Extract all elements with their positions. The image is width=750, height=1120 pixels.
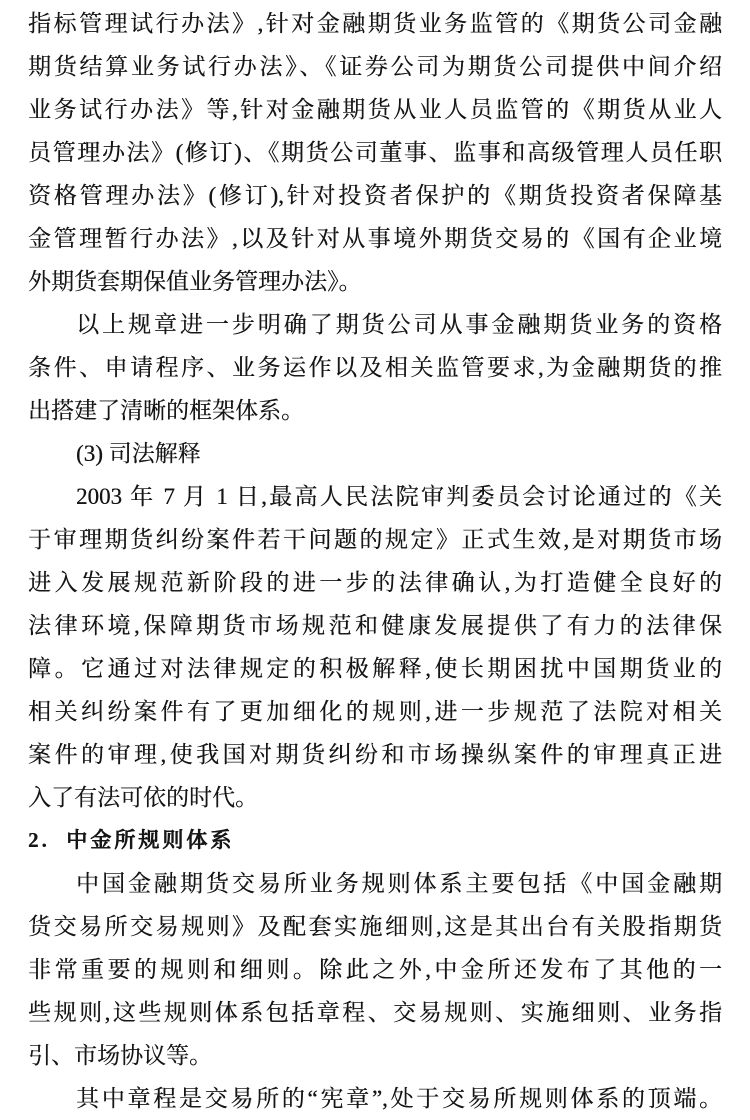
text-line: 非常重要的规则和细则。除此之外,中金所还发布了其他的一 (28, 948, 722, 991)
page: 指标管理试行办法》,针对金融期货业务监管的《期货公司金融期货结算业务试行办法》、… (0, 0, 750, 1120)
section-heading: 2. 中金所规则体系 (28, 819, 722, 862)
text-line: 于审理期货纠纷案件若干问题的规定》正式生效,是对期货市场 (28, 518, 722, 561)
text-line: 出搭建了清晰的框架体系。 (28, 389, 722, 432)
text-line: 中国金融期货交易所业务规则体系主要包括《中国金融期 (28, 862, 722, 905)
text-line: 以上规章进一步明确了期货公司从事金融期货业务的资格 (28, 303, 722, 346)
text-line: 案件的审理,使我国对期货纠纷和市场操纵案件的审理真正进 (28, 733, 722, 776)
text-line: 些规则,这些规则体系包括章程、交易规则、实施细则、业务指 (28, 991, 722, 1034)
text-line: 货交易所交易规则》及配套实施细则,这是其出台有关股指期货 (28, 905, 722, 948)
text-line: 业务试行办法》等,针对金融期货从业人员监管的《期货从业人 (28, 88, 722, 131)
text-line: 2003 年 7 月 1 日,最高人民法院审判委员会讨论通过的《关 (28, 475, 722, 518)
text-block: 指标管理试行办法》,针对金融期货业务监管的《期货公司金融期货结算业务试行办法》、… (28, 2, 722, 1120)
text-line: 员管理办法》(修订)、《期货公司董事、监事和高级管理人员任职 (28, 131, 722, 174)
text-line: 进入发展规范新阶段的进一步的法律确认,为打造健全良好的 (28, 561, 722, 604)
text-line: 法律环境,保障期货市场规范和健康发展提供了有力的法律保 (28, 604, 722, 647)
text-line: (3) 司法解释 (28, 432, 722, 475)
text-line: 期货结算业务试行办法》、《证券公司为期货公司提供中间介绍 (28, 45, 722, 88)
text-line: 障。它通过对法律规定的积极解释,使长期困扰中国期货业的 (28, 647, 722, 690)
text-line: 金管理暂行办法》,以及针对从事境外期货交易的《国有企业境 (28, 217, 722, 260)
text-line: 指标管理试行办法》,针对金融期货业务监管的《期货公司金融 (28, 2, 722, 45)
text-line: 引、市场协议等。 (28, 1034, 722, 1077)
text-line: 外期货套期保值业务管理办法》。 (28, 260, 722, 303)
text-line: 入了有法可依的时代。 (28, 776, 722, 819)
text-line: 相关纠纷案件有了更加细化的规则,进一步规范了法院对相关 (28, 690, 722, 733)
text-line: 资格管理办法》(修订),针对投资者保护的《期货投资者保障基 (28, 174, 722, 217)
text-line: 条件、申请程序、业务运作以及相关监管要求,为金融期货的推 (28, 346, 722, 389)
text-line: 其中章程是交易所的“宪章”,处于交易所规则体系的顶端。 (28, 1077, 722, 1120)
